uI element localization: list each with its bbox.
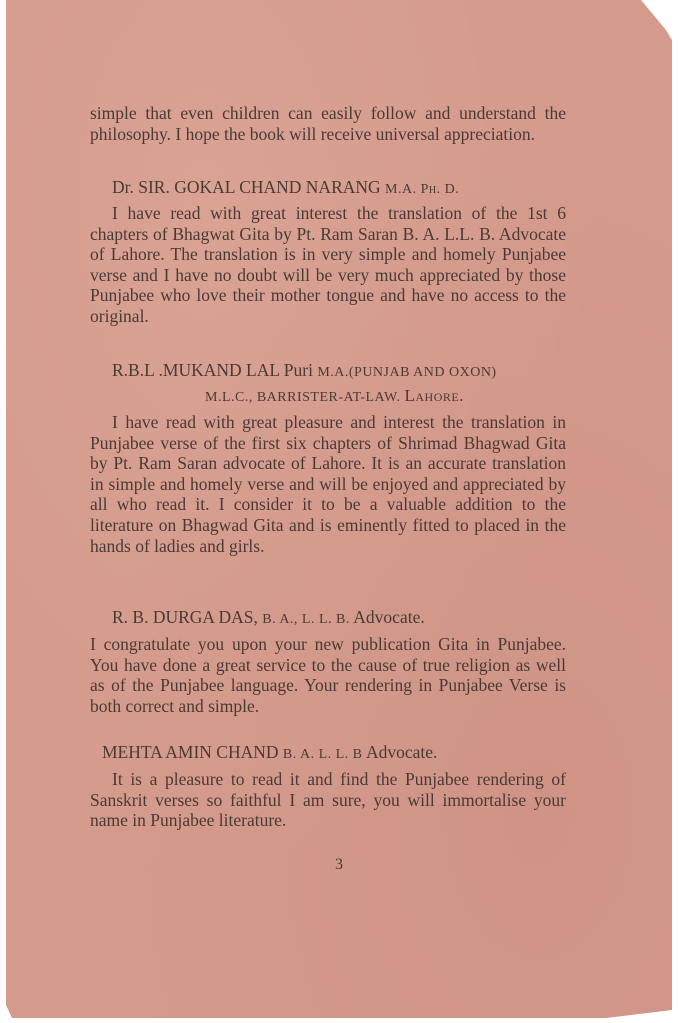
signature-credentials: B. A. L. L. B (283, 747, 363, 762)
signature-place: Lahore. (404, 386, 463, 405)
opening-paragraph: simple that even children can easily fol… (90, 103, 566, 144)
testimonial-mukand-lal: I have read with great pleasure and inte… (90, 412, 566, 556)
testimonial-text: I have read with great interest the tran… (90, 203, 566, 327)
signature-narang: Dr. SIR. GOKAL CHAND NARANG M.A. Ph. D. (112, 177, 588, 201)
testimonial-narang: I have read with great interest the tran… (90, 203, 566, 327)
signature-mukand-lal: R.B.L .MUKAND LAL Puri M.A.(PUNJAB AND O… (112, 360, 588, 384)
signature-name: MEHTA AMIN CHAND (102, 742, 279, 762)
signature-title: Advocate. (366, 742, 437, 762)
signature-credentials: M.A.(PUNJAB AND OXON) (317, 365, 496, 380)
signature-credentials: B. A., L. L. B. (262, 612, 350, 627)
signature-durga-das: R. B. DURGA DAS, B. A., L. L. B. Advocat… (112, 607, 588, 631)
signature-title: M.L.C., BARRISTER-AT-LAW. (205, 390, 404, 405)
signature-amin-chand: MEHTA AMIN CHAND B. A. L. L. B Advocate. (102, 742, 578, 766)
signature-name: R. B. DURGA DAS, (112, 607, 258, 627)
page-number: 3 (0, 856, 678, 874)
signature-credentials: M.A. Ph. D. (385, 182, 459, 197)
testimonial-text: It is a pleasure to read it and find the… (90, 769, 566, 831)
signature-mukand-lal-line2: M.L.C., BARRISTER-AT-LAW. Lahore. (205, 385, 585, 409)
testimonial-text: I have read with great pleasure and inte… (90, 412, 566, 556)
opening-text: simple that even children can easily fol… (90, 103, 566, 144)
signature-title: Advocate. (353, 607, 424, 627)
signature-name: R.B.L .MUKAND LAL Puri (112, 360, 313, 380)
testimonial-durga-das: I congratulate you upon your new publica… (90, 634, 566, 716)
testimonial-text: I congratulate you upon your new publica… (90, 634, 566, 716)
testimonial-amin-chand: It is a pleasure to read it and find the… (90, 769, 566, 831)
signature-name: Dr. SIR. GOKAL CHAND NARANG (112, 177, 381, 197)
